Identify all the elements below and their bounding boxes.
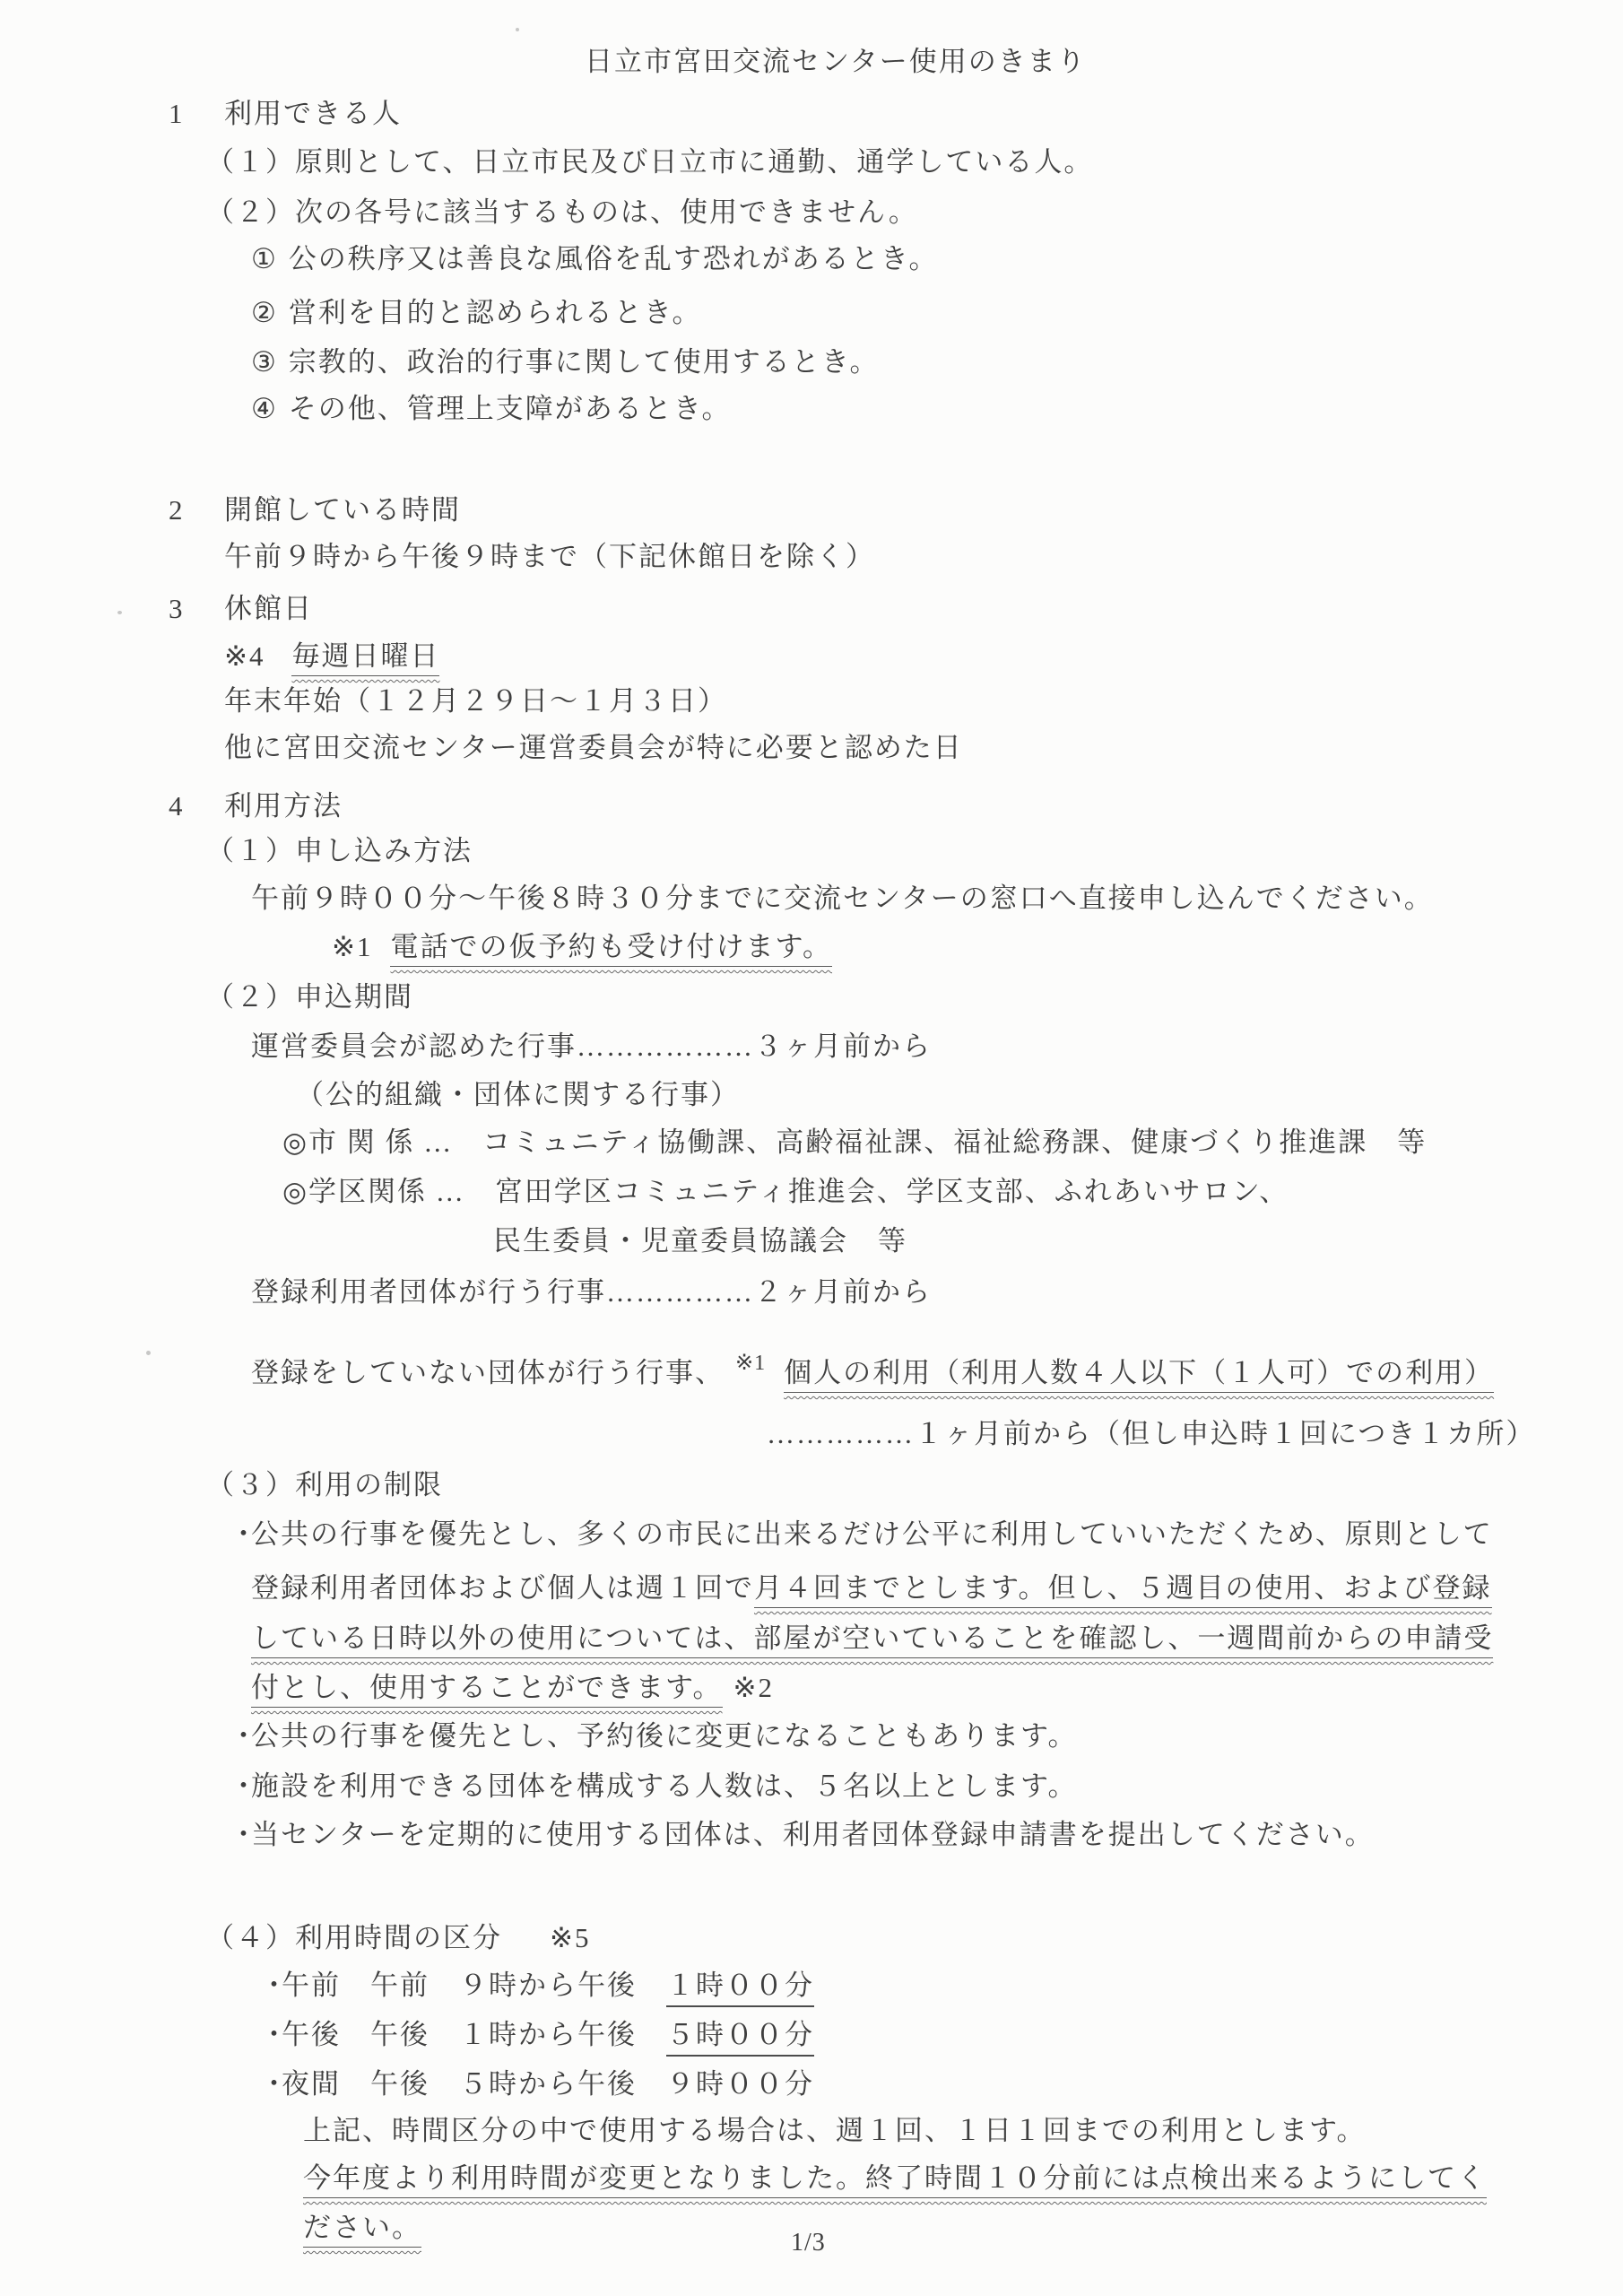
clause-text: 公の秩序又は善良な風俗を乱す恐れがあるとき。 [289,243,939,274]
section-3-newyear-closed: 年末年始（１２月２９日～１月３日） [224,684,727,719]
restriction-underlined: している日時以外の使用については、部屋が空いていることを確認し、一週間前からの申… [251,1622,1493,1658]
page-number: 1/3 [791,2227,826,2258]
item-text: 原則として、日立市民及び日立市に通勤、通学している人。 [295,146,1093,178]
reference-mark: ※1 [332,931,372,962]
restriction-3: ・施設を利用できる団体を構成する人数は、５名以上とします。 [230,1770,1078,1805]
section-2-title: 開館している時間 [224,494,461,526]
phone-reservation-note: ※1電話での仮予約も受け付けます。 [332,930,832,965]
district-related-orgs: ◎学区関係 … 宮田学区コミュニティ推進会、学区支部、ふれあいサロン、 [282,1175,1289,1210]
item-label: （１） [206,146,295,178]
time-slot-text: 午後 午後 １時から午後 [282,2019,666,2050]
time-slot-end-underlined: １時００分 [666,1970,814,2007]
item-title: 利用の制限 [295,1469,443,1500]
item-label: （３） [206,1469,295,1500]
section-1-title: 利用できる人 [224,98,402,129]
time-slot-evening: ・夜間 午後 ５時から午後 ９時００分 [260,2067,814,2102]
reference-mark: ※2 [733,1672,774,1703]
clause-number: ① [251,243,278,274]
section-4-heading: 4利用方法 [169,789,343,824]
restriction-underlined: 付とし、使用することができます。 [251,1672,723,1708]
section-1-heading: 1利用できる人 [169,97,402,132]
restriction-underlined: 月４回までとします。但し、５週目の使用、および登録 [754,1572,1492,1608]
section-1-clause-3: ③宗教的、政治的行事に関して使用するとき。 [251,345,880,380]
section-3-other-closed: 他に宮田交流センター運営委員会が特に必要と認めた日 [224,731,963,766]
item-title: 申し込み方法 [295,835,473,866]
weekly-closed-text: 毎週日曜日 [291,640,439,676]
time-slot-end-underlined: ５時００分 [666,2019,814,2057]
section-3-heading: 3休館日 [169,592,313,627]
phone-note-text: 電話での仮予約も受け付けます。 [390,931,832,967]
application-period-1-sub: （公的組織・団体に関する行事） [296,1078,740,1113]
bullet-mark: ・ [260,2067,282,2102]
section-1-clause-2: ②営利を目的と認められるとき。 [251,296,702,331]
scan-speck [117,611,122,614]
period-3-text: 登録をしていない団体が行う行事、 [251,1357,725,1388]
restriction-text: 登録利用者団体および個人は週１回で [251,1572,754,1604]
application-period-2: 登録利用者団体が行う行事……………２ヶ月前から [251,1275,932,1310]
restriction-text: 公共の行事を優先とし、多くの市民に出来るだけ公平に利用していいただくため、原則と… [251,1518,1493,1550]
time-change-underlined: 今年度より利用時間が変更となりました。終了時間１０分前には点検出来るようにしてく [303,2162,1487,2198]
item-title: 利用時間の区分 [295,1922,502,1953]
section-2-heading: 2開館している時間 [169,493,461,528]
application-period-3: 登録をしていない団体が行う行事、※1個人の利用（利用人数４人以下（１人可）での利… [251,1350,1494,1391]
clause-text: 営利を目的と認められるとき。 [289,297,702,328]
scan-speck [146,1351,151,1355]
clause-number: ② [251,297,278,328]
application-period-3-cont: ……………１ヶ月前から（但し申込時１回につき１カ所） [767,1417,1535,1452]
restriction-1-line-2: 登録利用者団体および個人は週１回で月４回までとします。但し、５週目の使用、および… [251,1571,1492,1606]
section-4-sub-2-heading: （２）申込期間 [206,980,413,1015]
application-method-text: 午前９時００分～午後８時３０分までに交流センターの窓口へ直接申し込んでください。 [251,882,1434,917]
item-title: 申込期間 [295,981,413,1013]
time-usage-note: 上記、時間区分の中で使用する場合は、週１回、１日１回までの利用とします。 [303,2114,1367,2149]
bullet-mark: ・ [230,1518,251,1552]
item-label: （１） [206,835,295,866]
section-2-body: 午前９時から午後９時まで（下記休館日を除く） [224,540,875,575]
time-slot-afternoon: ・午後 午後 １時から午後 ５時００分 [260,2018,814,2053]
doc-title: 日立市宮田交流センター使用のきまり [585,45,1087,80]
section-1-number: 1 [169,97,224,132]
restriction-text: 当センターを定期的に使用する団体は、利用者団体登録申請書を提出してください。 [251,1819,1375,1850]
item-text: 次の各号に該当するものは、使用できません。 [295,196,918,228]
time-slot-text: 夜間 午後 ５時から午後 ９時００分 [282,2068,814,2100]
bullet-mark: ・ [230,1719,251,1754]
restriction-1-line-4: 付とし、使用することができます。※2 [251,1671,774,1706]
individual-use-text: 個人の利用（利用人数４人以下（１人可）での利用） [784,1357,1494,1393]
item-label: （２） [206,196,295,228]
bullet-mark: ・ [230,1818,251,1853]
district-related-orgs-cont: 民生委員・児童委員協議会 等 [493,1224,907,1259]
section-3-title: 休館日 [224,593,313,624]
restriction-4: ・当センターを定期的に使用する団体は、利用者団体登録申請書を提出してください。 [230,1818,1375,1853]
city-related-orgs: ◎市 関 係 … コミュニティ協働課、高齢福祉課、福祉総務課、健康づくり推進課 … [282,1126,1427,1161]
section-4-sub-1-heading: （１）申し込み方法 [206,834,473,869]
clause-number: ③ [251,346,278,378]
restriction-1-line-1: ・公共の行事を優先とし、多くの市民に出来るだけ公平に利用していいただくため、原則… [230,1518,1493,1552]
scan-speck [516,28,519,31]
section-4-title: 利用方法 [224,790,343,822]
time-change-note-line-1: 今年度より利用時間が変更となりました。終了時間１０分前には点検出来るようにしてく [303,2161,1487,2196]
section-4-number: 4 [169,789,224,824]
reference-mark: ※4 [224,640,265,672]
restriction-1-line-3: している日時以外の使用については、部屋が空いていることを確認し、一週間前からの申… [251,1622,1493,1657]
time-slot-morning: ・午前 午前 ９時から午後 １時００分 [260,1969,814,2004]
clause-number: ④ [251,393,278,424]
restriction-text: 公共の行事を優先とし、予約後に変更になることもあります。 [251,1720,1078,1752]
section-1-clause-1: ①公の秩序又は善良な風俗を乱す恐れがあるとき。 [251,242,939,277]
section-1-item-1: （１）原則として、日立市民及び日立市に通勤、通学している人。 [206,145,1093,180]
section-2-number: 2 [169,493,224,528]
item-label: （２） [206,981,295,1013]
time-slot-text: 午前 午前 ９時から午後 [282,1970,666,2001]
section-4-sub-4-heading: （４）利用時間の区分※5 [206,1921,590,1956]
reference-mark: ※1 [735,1352,766,1375]
section-4-sub-3-heading: （３）利用の制限 [206,1468,443,1503]
restriction-text: 施設を利用できる団体を構成する人数は、５名以上とします。 [251,1770,1078,1802]
clause-text: 宗教的、政治的行事に関して使用するとき。 [289,346,880,378]
section-3-weekly-closed: ※4毎週日曜日 [224,639,439,674]
bullet-mark: ・ [260,1969,282,2004]
time-change-underlined: ださい。 [303,2212,421,2248]
application-period-1: 運営委員会が認めた行事………………３ヶ月前から [251,1030,932,1065]
reference-mark: ※5 [550,1922,590,1953]
bullet-mark: ・ [260,2018,282,2053]
time-change-note-line-2: ださい。 [303,2211,421,2246]
bullet-mark: ・ [230,1770,251,1805]
section-3-number: 3 [169,592,224,627]
section-1-item-2: （２）次の各号に該当するものは、使用できません。 [206,196,918,230]
item-label: （４） [206,1922,295,1953]
restriction-2: ・公共の行事を優先とし、予約後に変更になることもあります。 [230,1719,1078,1754]
clause-text: その他、管理上支障があるとき。 [289,393,732,424]
scanned-document-page: 日立市宮田交流センター使用のきまり 1利用できる人 （１）原則として、日立市民及… [0,0,1623,2296]
section-1-clause-4: ④その他、管理上支障があるとき。 [251,392,732,427]
